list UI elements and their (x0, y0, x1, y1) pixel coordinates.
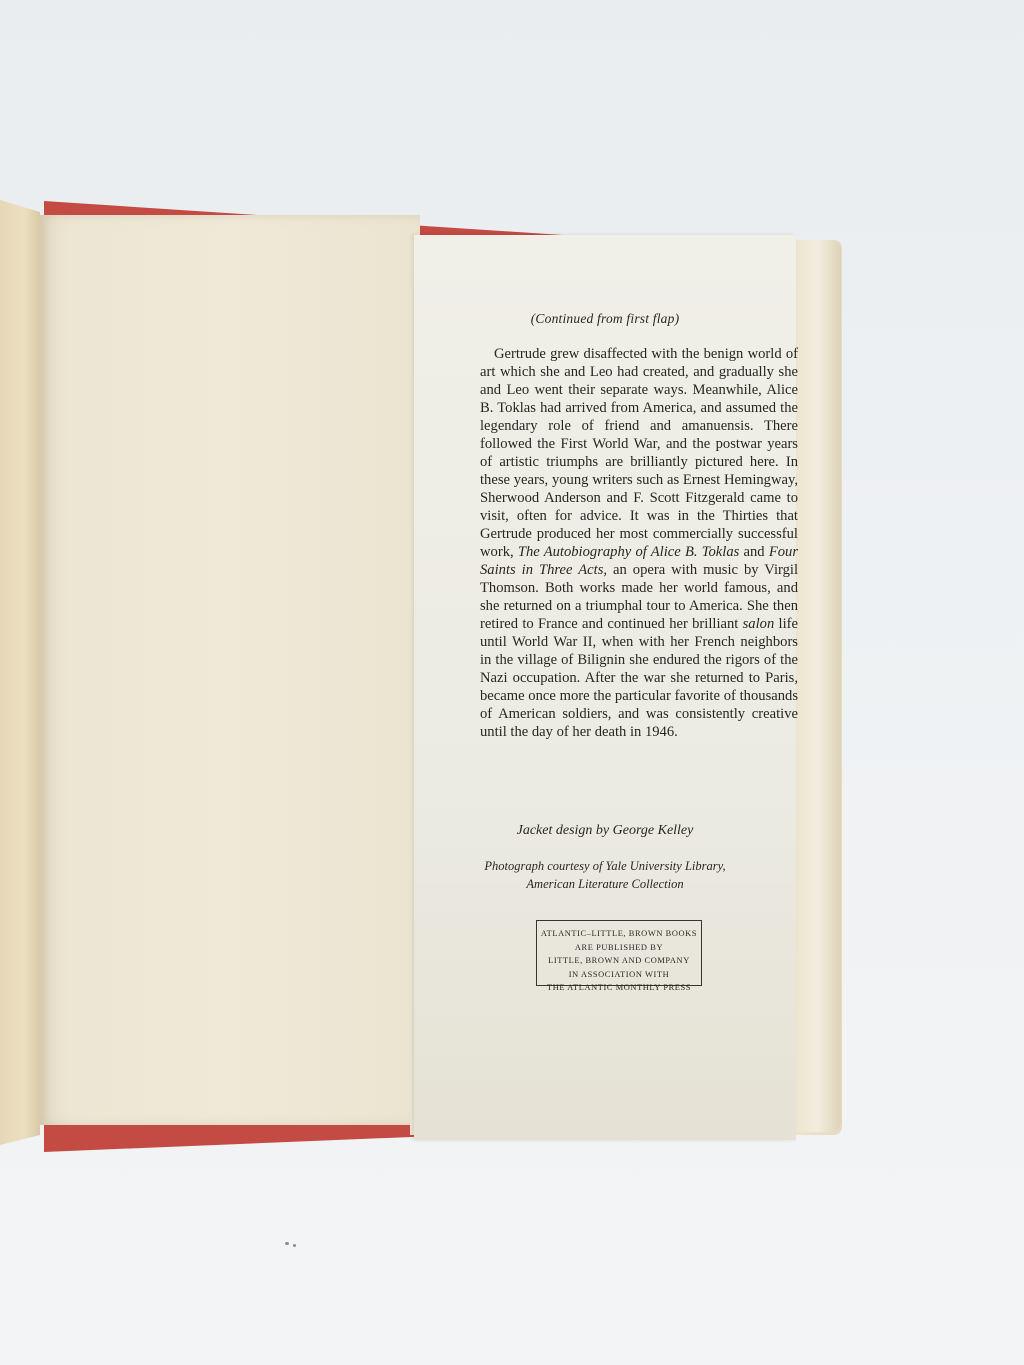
body-text: Gertrude grew disaffected with the benig… (480, 346, 798, 560)
photo-credit-line-2: American Literature Collection (414, 875, 796, 893)
surface-speck (293, 1244, 296, 1247)
flap-body-text: Gertrude grew disaffected with the benig… (480, 345, 798, 741)
publisher-line: are published by (537, 941, 701, 955)
title-autobiography: The Autobiography of Alice B. Toklas (518, 544, 739, 560)
publisher-line: in association with (537, 968, 701, 982)
publisher-box: Atlantic–Little, Brown Books are publish… (536, 920, 702, 986)
jacket-design-credit: Jacket design by George Kelley (414, 823, 796, 839)
endpaper (40, 215, 420, 1125)
word-salon: salon (743, 616, 775, 632)
body-text: life until World War II, when with her F… (480, 616, 798, 740)
body-text: and (739, 544, 769, 560)
flap-heading: (Continued from first flap) (414, 311, 796, 327)
photo-credit-line-1: Photograph courtesy of Yale University L… (414, 857, 796, 875)
jacket-fold-edge (795, 240, 841, 1132)
publisher-line: Atlantic–Little, Brown Books (537, 927, 701, 941)
dust-jacket-flap: (Continued from first flap) Gertrude gre… (414, 235, 796, 1140)
front-cover-page-edge (0, 200, 40, 1145)
photo-credit: Photograph courtesy of Yale University L… (414, 857, 796, 893)
surface-speck (285, 1242, 289, 1245)
publisher-line: The Atlantic Monthly Press (537, 981, 701, 995)
publisher-line: Little, Brown and Company (537, 954, 701, 968)
